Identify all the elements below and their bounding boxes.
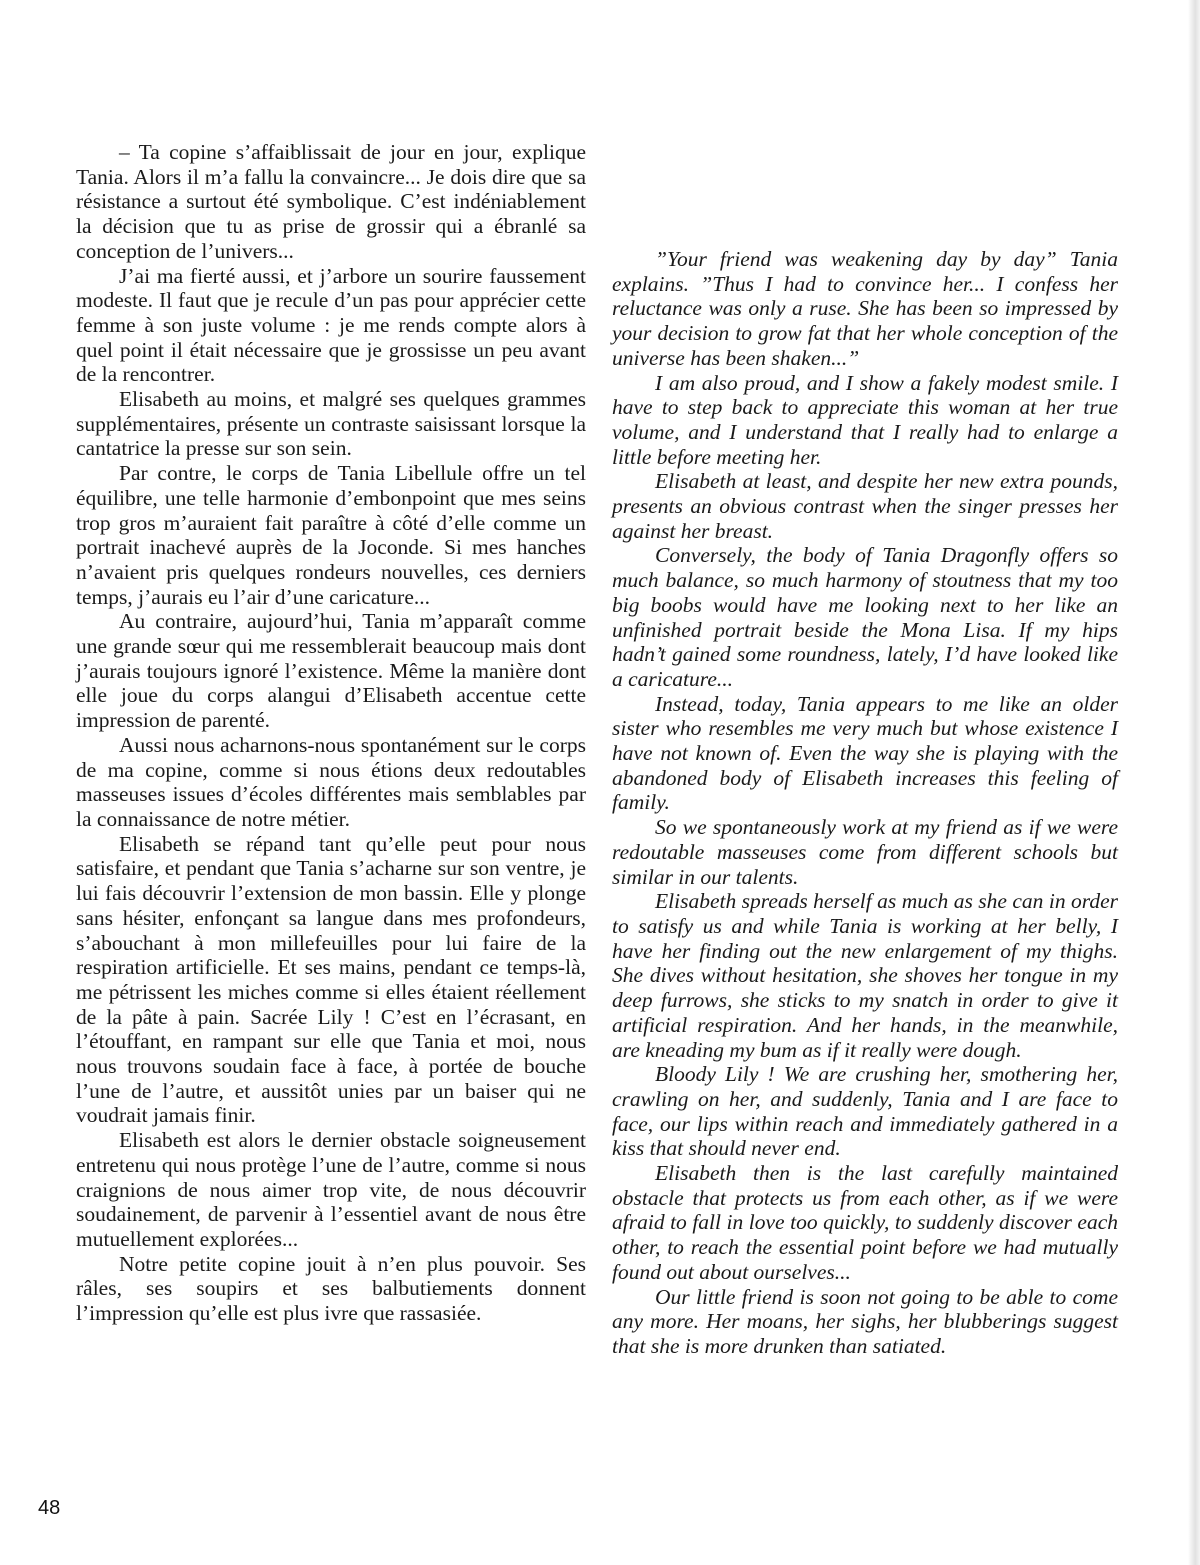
paragraph: Conversely, the body of Tania Dragonfly … [612, 543, 1118, 691]
paragraph: Our little friend is soon not going to b… [612, 1285, 1118, 1359]
paragraph: Elisabeth at least, and despite her new … [612, 469, 1118, 543]
paragraph: Au contraire, aujourd’hui, Tania m’appar… [76, 609, 586, 733]
paragraph: Aussi nous acharnons-nous spontanément s… [76, 733, 586, 832]
english-translation-column: ”Your friend was weakening day by day” T… [612, 247, 1118, 1359]
paragraph: ”Your friend was weakening day by day” T… [612, 247, 1118, 371]
paragraph: Instead, today, Tania appears to me like… [612, 692, 1118, 816]
paragraph: Elisabeth then is the last carefully mai… [612, 1161, 1118, 1285]
scanned-page-edge [1188, 0, 1200, 1565]
paragraph: So we spontaneously work at my friend as… [612, 815, 1118, 889]
page-number: 48 [38, 1497, 60, 1520]
french-text-column: – Ta copine s’affaiblissait de jour en j… [76, 140, 586, 1326]
paragraph: Notre petite copine jouit à n’en plus po… [76, 1252, 586, 1326]
paragraph: Elisabeth est alors le dernier obstacle … [76, 1128, 586, 1252]
paragraph: Bloody Lily ! We are crushing her, smoth… [612, 1062, 1118, 1161]
paragraph: Par contre, le corps de Tania Libellule … [76, 461, 586, 609]
paragraph: I am also proud, and I show a fakely mod… [612, 371, 1118, 470]
paragraph: Elisabeth au moins, et malgré ses quelqu… [76, 387, 586, 461]
paragraph: J’ai ma fierté aussi, et j’arbore un sou… [76, 264, 586, 388]
paragraph: Elisabeth se répand tant qu’elle peut po… [76, 832, 586, 1128]
paragraph: Elisabeth spreads herself as much as she… [612, 889, 1118, 1062]
paragraph: – Ta copine s’affaiblissait de jour en j… [76, 140, 586, 264]
